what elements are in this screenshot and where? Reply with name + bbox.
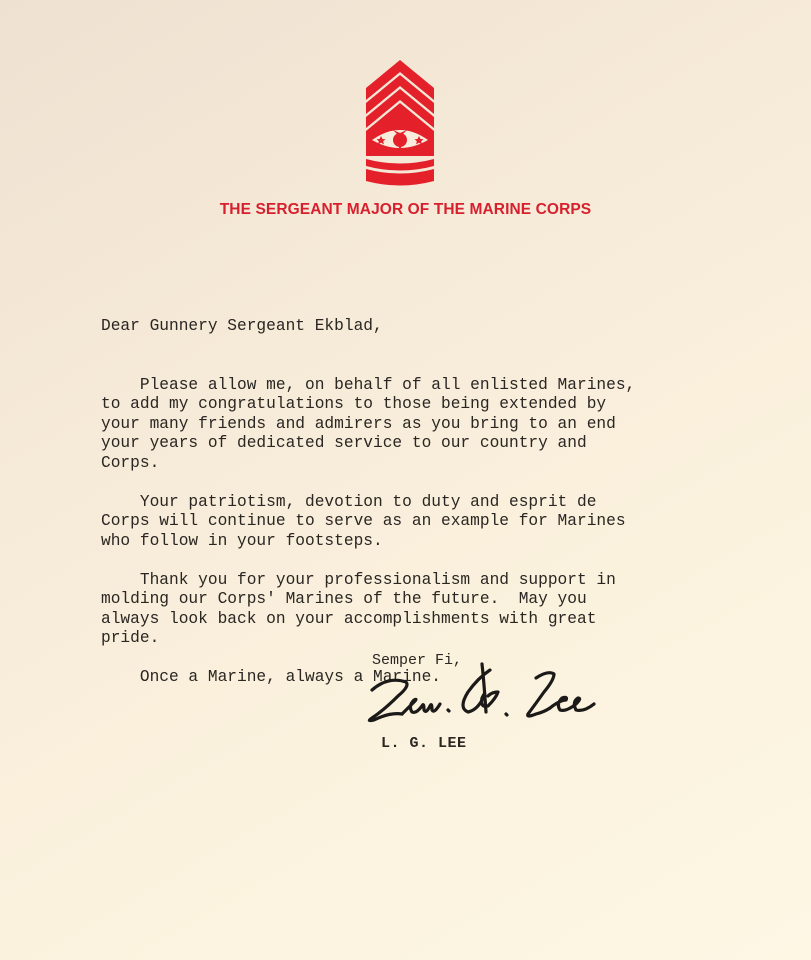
paragraph-line: Please allow me, on behalf of all enlist… xyxy=(101,376,781,396)
chevron-insignia-icon xyxy=(366,60,434,188)
signer-name: L. G. LEE xyxy=(381,735,467,752)
handwritten-signature xyxy=(358,652,638,732)
paragraph: Please allow me, on behalf of all enlist… xyxy=(101,376,781,474)
paragraph-spacer xyxy=(101,473,781,493)
paragraph-line: always look back on your accomplishments… xyxy=(101,610,781,630)
paragraph-spacer xyxy=(101,551,781,571)
paragraph-line: Corps will continue to serve as an examp… xyxy=(101,512,781,532)
paragraph-line: your many friends and admirers as you br… xyxy=(101,415,781,435)
paragraph-line: Your patriotism, devotion to duty and es… xyxy=(101,493,781,513)
paragraph-spacer xyxy=(101,356,781,376)
letter-body: Dear Gunnery Sergeant Ekblad, Please all… xyxy=(101,278,781,688)
paragraph-line: molding our Corps' Marines of the future… xyxy=(101,590,781,610)
paragraph: Your patriotism, devotion to duty and es… xyxy=(101,493,781,552)
paragraph-line: your years of dedicated service to our c… xyxy=(101,434,781,454)
paragraph-line: pride. xyxy=(101,629,781,649)
paragraph: Thank you for your professionalism and s… xyxy=(101,571,781,649)
paragraph-line: Thank you for your professionalism and s… xyxy=(101,571,781,591)
paragraph-line: to add my congratulations to those being… xyxy=(101,395,781,415)
paragraph-line: who follow in your footsteps. xyxy=(101,532,781,552)
salutation: Dear Gunnery Sergeant Ekblad, xyxy=(101,317,781,337)
paragraph-line: Corps. xyxy=(101,454,781,474)
letterhead-title: THE SERGEANT MAJOR OF THE MARINE CORPS xyxy=(0,201,811,219)
